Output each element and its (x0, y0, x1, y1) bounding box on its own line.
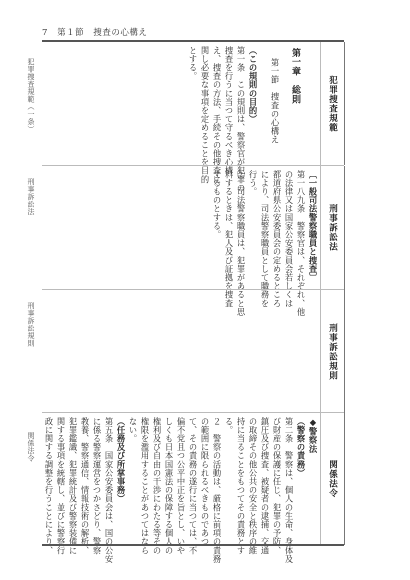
text-line: え、捜査の方法、手続その他捜査に (211, 46, 222, 184)
article-caption: （警察の責務） (295, 417, 306, 477)
row-label: 犯罪捜査規範 (327, 75, 339, 132)
bottom-rule (42, 544, 344, 546)
chapter-heading: 第一章 総則 (289, 48, 300, 104)
text-line: び財産の保護に任じ、犯罪の予防、 (271, 417, 282, 555)
text-line: 鎮圧及び捜査、被疑者の逮捕、交通 (259, 417, 270, 555)
text-line: とする。 (187, 46, 198, 80)
text-line: て、その責務の遂行に当つては、不 (187, 417, 198, 555)
margin-label-keiji-sosho-ho: 刑事訴訟法 (26, 178, 36, 216)
row-label: 刑事訴訟規則 (327, 323, 339, 380)
article-caption: （任務及び所掌事務） (115, 417, 126, 503)
text-line: 犯罪鑑識、犯罪統計及び警察装備に (67, 417, 78, 555)
text-line: 行う。 (247, 170, 258, 196)
text-line: ２ 警察の活動は、厳格に前項の責務 (211, 417, 222, 563)
margin-label-kankei-horei: 関係法令 (26, 432, 36, 462)
text-line: 持に当ることをもつてその責務とす (235, 417, 246, 555)
row-hanzai-sosa-kihan: 第一章 総則 第一節 捜査の心構え （この規則の目的） 第一条 この規則は、警察… (42, 42, 344, 165)
row-label-cell: 関係法令 (320, 413, 345, 545)
text-line: 権利及び自由の干渉にわたる等その (151, 417, 162, 555)
row-label: 関係法令 (327, 460, 339, 498)
margin-label-keiji-sosho-kisoku: 刑事訴訟規則 (26, 302, 36, 347)
row-label-cell: 刑事訴訟法 (320, 166, 345, 290)
row-keiji-sosho-kisoku: 刑事訴訟規則 (42, 289, 344, 413)
margin-label-hanzai: 犯罪捜査規範（一条） (26, 58, 36, 133)
text-line: 教養、警察通信、情報技術の解析、 (79, 417, 90, 555)
page-header: 7 第１節 捜査の心構え (42, 26, 153, 38)
text-line: の取締その他公共の安全と秩序の維 (247, 417, 258, 555)
text-line: 関する事項を統轄し、並びに警察行 (55, 417, 66, 555)
row-content: 〔一般司法警察職員と捜査〕 第一八九条 警察官は、それぞれ、他 の法律又は国家公… (42, 166, 320, 290)
row-label-cell: 犯罪捜査規範 (320, 42, 345, 165)
text-line: る。 (223, 417, 234, 434)
page-number: 7 (42, 28, 48, 38)
row-label-cell: 刑事訴訟規則 (320, 290, 345, 413)
law-title: ◆警察法 (307, 417, 318, 453)
text-line: の範囲に限られるべきものであつ (199, 417, 210, 546)
text-line: 捜査を行うに当つて守るべき心構 (223, 46, 234, 175)
text-line: しくも日本国憲法の保障する個人の (163, 417, 174, 555)
text-line: 第五条 国家公安委員会は、国の公安 (103, 417, 114, 563)
text-line: 権限を濫用することがあつてはなら (139, 417, 150, 555)
article-caption: （この規則の目的） (247, 46, 258, 123)
section-title: 捜査の心構え (93, 28, 147, 38)
comparison-table: 第一章 総則 第一節 捜査の心構え （この規則の目的） 第一条 この規則は、警察… (42, 42, 344, 544)
row-content: 第一章 総則 第一節 捜査の心構え （この規則の目的） 第一条 この規則は、警察… (42, 42, 320, 165)
text-line: するものとする。 (211, 170, 222, 239)
section-heading: 第一節 捜査の心構え (269, 58, 280, 144)
text-line: 都道府県公安委員会の定めるところ (271, 170, 282, 308)
text-line: の法律又は国家公安委員会若しくは (283, 170, 294, 308)
row-content: ◆警察法 （警察の責務） 第二条 警察は、個人の生命、身体及 び財産の保護に任じ… (42, 413, 320, 545)
text-line: 料するときは、犯人及び証拠を捜査 (223, 170, 234, 308)
text-line: に係る警察運営をつかさどり、警察 (91, 417, 102, 555)
text-line: 第二条 警察は、個人の生命、身体及 (283, 417, 294, 563)
row-kankei-horei: ◆警察法 （警察の責務） 第二条 警察は、個人の生命、身体及 び財産の保護に任じ… (42, 412, 344, 545)
section-label: 第１節 (57, 28, 84, 38)
article-caption: 〔一般司法警察職員と捜査〕 (307, 170, 318, 282)
text-line: ない。 (127, 417, 138, 443)
row-label: 刑事訴訟法 (327, 204, 339, 252)
text-line: 政に関する調整を行うことにより、 (43, 417, 54, 555)
text-line: により、司法警察職員として職務を (259, 170, 270, 308)
text-line: 関し必要な事項を定めることを目的 (199, 46, 210, 184)
row-content-empty (42, 290, 320, 413)
row-keiji-sosho-ho: 〔一般司法警察職員と捜査〕 第一八九条 警察官は、それぞれ、他 の法律又は国家公… (42, 165, 344, 290)
text-line: 偏不党且つ公平中正を旨とし、いや (175, 417, 186, 555)
